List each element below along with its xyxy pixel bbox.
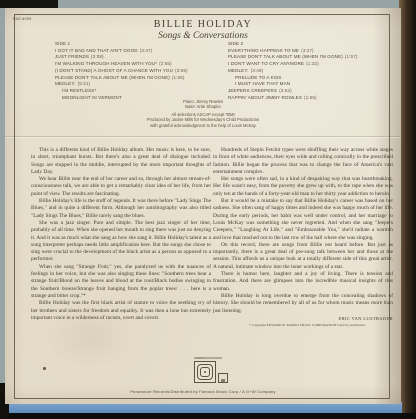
track-time: (1:55) [172,75,185,80]
tracklist-side2: SIDE 2 EVERYTHING HAPPENS TO ME(3:27) PL… [228,41,390,101]
track-time: (1:57) [345,54,358,59]
tracklist-side1: SIDE 1 I GOT IT BAD AND THAT AIN'T GOOD(… [55,41,227,101]
track-row: I'M WALKING THROUGH HEAVEN WITH YOU*(2:5… [55,61,227,68]
medley-sub-track: PRELUDE TO A KISS [228,75,390,82]
album-back-cover: PAS 6059 BILLIE HOLIDAY Songs & Conversa… [5,8,401,404]
session-credits: Piano: Jimmy Rowles Bass: Artie Shapiro … [5,99,401,128]
liner-paragraph: When she sang "Strange Fruit," yes, she … [31,264,211,300]
track-title: PLEASE DON'T TALK ABOUT ME (WHEN I'M GON… [55,75,170,80]
track-row: JEEPERS CREEPERS(3:53) [228,88,390,95]
distribution-line: Paramount Records/Distributed by Famous … [5,389,401,394]
track-title: I DON'T WANT TO CRY ANYMORE [228,61,304,66]
track-title: MEDLEY: [228,68,249,73]
record-rings-icon [194,361,216,383]
track-time: (3:47) [140,48,153,53]
small-logo-box [218,373,228,383]
liner-paragraph: This is a different kind of Billie Holid… [31,147,211,176]
track-row: EVERYTHING HAPPENS TO ME(3:27) [228,48,390,55]
liner-notes-right-column: Hundreds of Stepin Fetchit types were sh… [213,147,393,329]
medley-sub-track: I'M RESTLESS* [55,88,227,95]
track-title: I'M WALKING THROUGH HEAVEN WITH YOU* [55,61,157,66]
album-title: Songs & Conversations [5,31,401,41]
track-time: (3:08) [91,54,104,59]
side1-label: SIDE 1 [55,41,227,48]
track-time: (3:53) [279,88,292,93]
liner-paragraph: She was a jazz singer. Pure and simple. … [31,220,211,264]
track-row: MEDLEY:(5:21) [55,81,227,88]
track-title: MEDLEY: [55,81,76,86]
track-title: EVERYTHING HAPPENS TO ME [228,48,299,53]
track-row: PLEASE DON'T TALK ABOUT ME (WHEN I'M GON… [228,54,390,61]
track-time: (2:55) [159,61,172,66]
liner-paragraph: We hear Billie near the end of her caree… [31,176,211,198]
track-title: I MUST HAVE THAT MAN [235,81,290,86]
sleeve-edge-shadow [399,0,416,419]
liner-paragraph: There is humor here, laughter and a joy … [213,271,393,293]
liner-paragraph: Her songs were often sad, in a kind of d… [213,176,393,198]
track-row: I DON'T WANT TO CRY ANYMORE(1:32) [228,61,390,68]
track-time: (5:21) [78,81,91,86]
track-time: (3:27) [301,48,314,53]
liner-paragraph: Billie Holiday's life is the stuff of le… [31,198,211,220]
credit-acknowledgment: with grateful acknowledgment to the help… [5,123,401,128]
liner-paragraph: Billie Holiday is long overdue to emerge… [213,293,393,315]
track-title: PRELUDE TO A KISS [235,75,281,80]
track-row: MEDLEY:(3:48) [228,68,390,75]
track-row: PLEASE DON'T TALK ABOUT ME (WHEN I'M GON… [55,75,227,82]
track-title: (I DON'T STAND) A GHOST OF A CHANCE WITH… [55,68,173,73]
artist-name: BILLIE HOLIDAY [5,19,401,30]
track-time: (3:55) [175,68,188,73]
track-row: I GOT IT BAD AND THAT AIN'T GOOD(3:47) [55,48,227,55]
side2-label: SIDE 2 [228,41,390,48]
backdrop-shadow-bottom [0,413,416,419]
track-row: (I DON'T STAND) A GHOST OF A CHANCE WITH… [55,68,227,75]
copyright-footnote: * Copyright EDWARD B. MARKS MUSIC CORPOR… [213,322,393,329]
track-title: PLEASE DON'T TALK ABOUT ME (WHEN I'M GON… [228,54,343,59]
track-time: (1:32) [306,61,319,66]
track-title: JEEPERS CREEPERS [228,88,277,93]
backdrop-shadow-top-left [0,0,58,8]
track-row: JUST FRIENDS(3:08) [55,54,227,61]
liner-paragraph: Billie Holiday was the first black artis… [31,300,211,322]
liner-notes-author: ERIC VAN LUSTBADER [213,315,393,322]
track-title: JUST FRIENDS [55,54,89,59]
medley-sub-track: I MUST HAVE THAT MAN [228,81,390,88]
track-title: I GOT IT BAD AND THAT AIN'T GOOD [55,48,138,53]
cover-header: BILLIE HOLIDAY Songs & Conversations [5,19,401,41]
logo-script-mark [194,356,222,360]
track-time: (3:48) [251,68,264,73]
liner-paragraph: Hundreds of Stepin Fetchit types were sh… [213,147,393,176]
track-title: I'M RESTLESS* [62,88,96,93]
liner-paragraph: But it would be a mistake to say that Bi… [213,198,393,242]
liner-notes-left-column: This is a different kind of Billie Holid… [31,147,211,322]
paramount-records-logo [194,356,234,383]
liner-paragraph: On this record, there are songs from Bil… [213,242,393,271]
